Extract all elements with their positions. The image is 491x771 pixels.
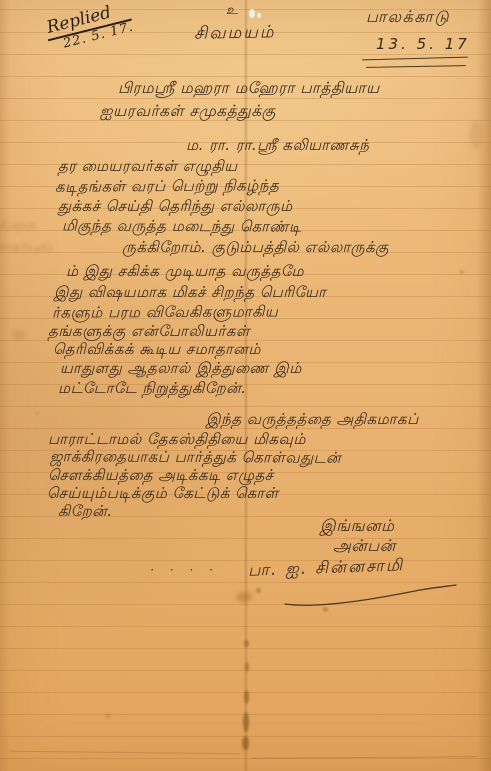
body-line: ம. ரா. ரா.ஶ்ரீ கலியாணசுந் xyxy=(186,137,369,154)
paper-damage-speck xyxy=(257,13,261,18)
paper-blotch xyxy=(12,330,26,340)
bleedthrough-smudge: ௸ளகா௱ xyxy=(0,240,54,256)
paper-freckle xyxy=(36,412,39,415)
place-name: பாலக்காடு xyxy=(366,8,450,26)
fold-stain xyxy=(243,88,247,92)
body-line: ஜாக்கிரதையாகப் பார்த்துக் கொள்வதுடன் xyxy=(50,448,341,466)
body-line: தர மையரவர்கள் எழுதிய xyxy=(58,158,238,175)
valediction: இங்ஙனம் xyxy=(320,517,394,535)
body-line: மிகுந்த வருத்த மடைந்து கொண்டி xyxy=(62,217,302,235)
salutation-line-1: பிரமஶ்ரீ மஹரா மஹேரா பாத்தியாய xyxy=(118,80,380,97)
paper-damage-speck xyxy=(249,9,255,18)
body-line: செய்யும்படிக்கும் கேட்டுக் கொள் xyxy=(47,485,279,502)
fold-stain xyxy=(256,588,261,593)
invocation-mark: உ xyxy=(226,4,238,18)
body-line: ருக்கிறோம். குடும்பத்தில் எல்லாருக்கு xyxy=(122,239,389,256)
body-line: ர்களும் பரம விவேகிகளுமாகிய xyxy=(52,303,278,321)
fold-stain xyxy=(245,662,249,672)
body-line: கிறேன். xyxy=(58,503,112,520)
paper-blotch xyxy=(470,120,482,150)
signature-dots: · · · · xyxy=(150,564,219,577)
body-line: மட்டோடே நிறுத்துகிறேன். xyxy=(58,380,247,397)
paper-freckle xyxy=(323,607,328,612)
fold-stain xyxy=(243,712,249,732)
invocation-text: சிவமயம் xyxy=(194,23,276,43)
body-line: துக்கச் செய்தி தெரிந்து எல்லாரும் xyxy=(58,198,293,215)
body-line: யாதுளது ஆதலால் இத்துணை இம் xyxy=(60,360,302,377)
fold-stain xyxy=(244,640,249,647)
paper-freckle xyxy=(460,270,464,274)
body-line: தங்களுக்கு என்போலியர்கள் xyxy=(48,323,250,340)
body-line: இது விஷயமாக மிகச் சிறந்த பெரியோ xyxy=(54,284,326,301)
body-line: தெரிவிக்கக் கூடிய சமாதானம் xyxy=(53,341,261,358)
letter-date: 13. 5. 17 xyxy=(376,36,470,53)
fold-stain xyxy=(236,592,252,602)
closing-from: அன்பன் xyxy=(333,537,396,555)
fold-stain xyxy=(244,690,249,704)
body-line: சௌக்கியத்தை அடிக்கடி எழுதச் xyxy=(48,467,274,484)
body-line: இந்த வருத்தத்தை அதிகமாகப் xyxy=(206,411,419,428)
body-line: கடிதங்கள் வரப் பெற்று நிகழ்ந்த xyxy=(55,177,279,195)
body-line: பாராட்டாமல் தேகஸ்திதியை மிகவும் xyxy=(48,431,306,448)
paper-freckle xyxy=(106,714,110,718)
body-line: ம் இது சகிக்க முடியாத வருத்தமே xyxy=(66,263,304,280)
fold-stain xyxy=(242,736,249,750)
bleedthrough-smudge: க஘ஷ௸ xyxy=(0,218,37,234)
salutation-line-2: ஐயரவர்கள் சமுகத்துக்கு xyxy=(100,103,276,120)
